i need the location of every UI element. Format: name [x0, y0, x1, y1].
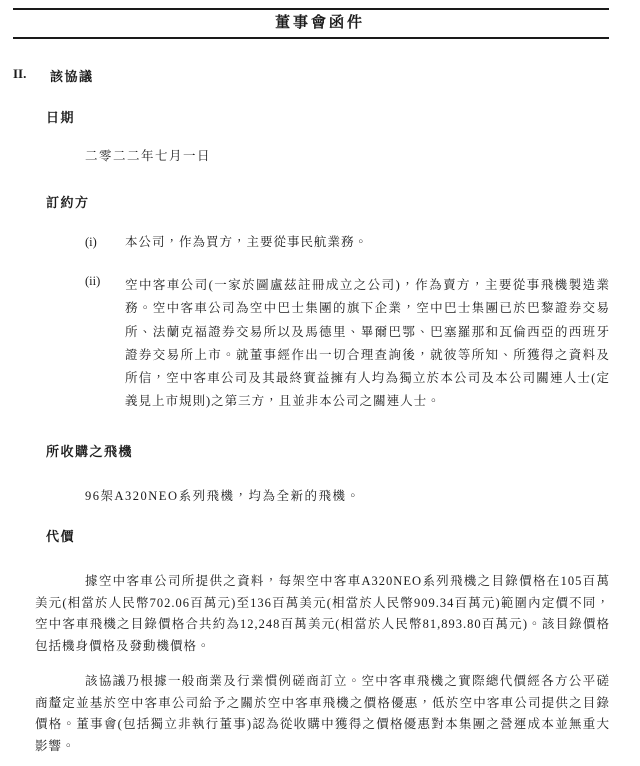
heading-aircraft: 所收購之飛機 [46, 441, 133, 460]
party-marker-ii: (ii) [85, 274, 125, 414]
consideration-paragraph-2: 該協議乃根據一般商業及行業慣例磋商訂立。空中客車飛機之實際總代價經各方公平磋商釐… [35, 671, 610, 757]
party-item-ii: (ii) 空中客車公司(一家於圖盧茲註冊成立之公司)，作為賣方，主要從事飛機製造… [85, 274, 610, 414]
header-top-rule [13, 8, 609, 10]
party-item-i: (i) 本公司，作為買方，主要從事民航業務。 [85, 232, 610, 253]
aircraft-text: 96架A320NEO系列飛機，均為全新的飛機。 [85, 486, 360, 504]
heading-consideration: 代價 [46, 526, 75, 545]
date-value: 二零二二年七月一日 [85, 146, 211, 164]
heading-date: 日期 [46, 107, 75, 126]
consideration-paragraph-1: 據空中客車公司所提供之資料，每架空中客車A320NEO系列飛機之目錄價格在105… [35, 571, 610, 657]
section-title: 該協議 [50, 66, 94, 85]
party-text-ii: 空中客車公司(一家於圖盧茲註冊成立之公司)，作為賣方，主要從事飛機製造業務。空中… [125, 274, 610, 414]
party-marker-i: (i) [85, 232, 125, 253]
section-heading: II. 該協議 [13, 66, 94, 85]
heading-parties: 訂約方 [46, 192, 90, 211]
section-number: II. [13, 66, 50, 85]
board-letter-page: 董事會函件 II. 該協議 日期 二零二二年七月一日 訂約方 (i) 本公司，作… [0, 0, 640, 766]
party-text-i: 本公司，作為買方，主要從事民航業務。 [125, 232, 610, 253]
header-bottom-rule [13, 37, 609, 39]
page-title: 董事會函件 [0, 11, 640, 36]
